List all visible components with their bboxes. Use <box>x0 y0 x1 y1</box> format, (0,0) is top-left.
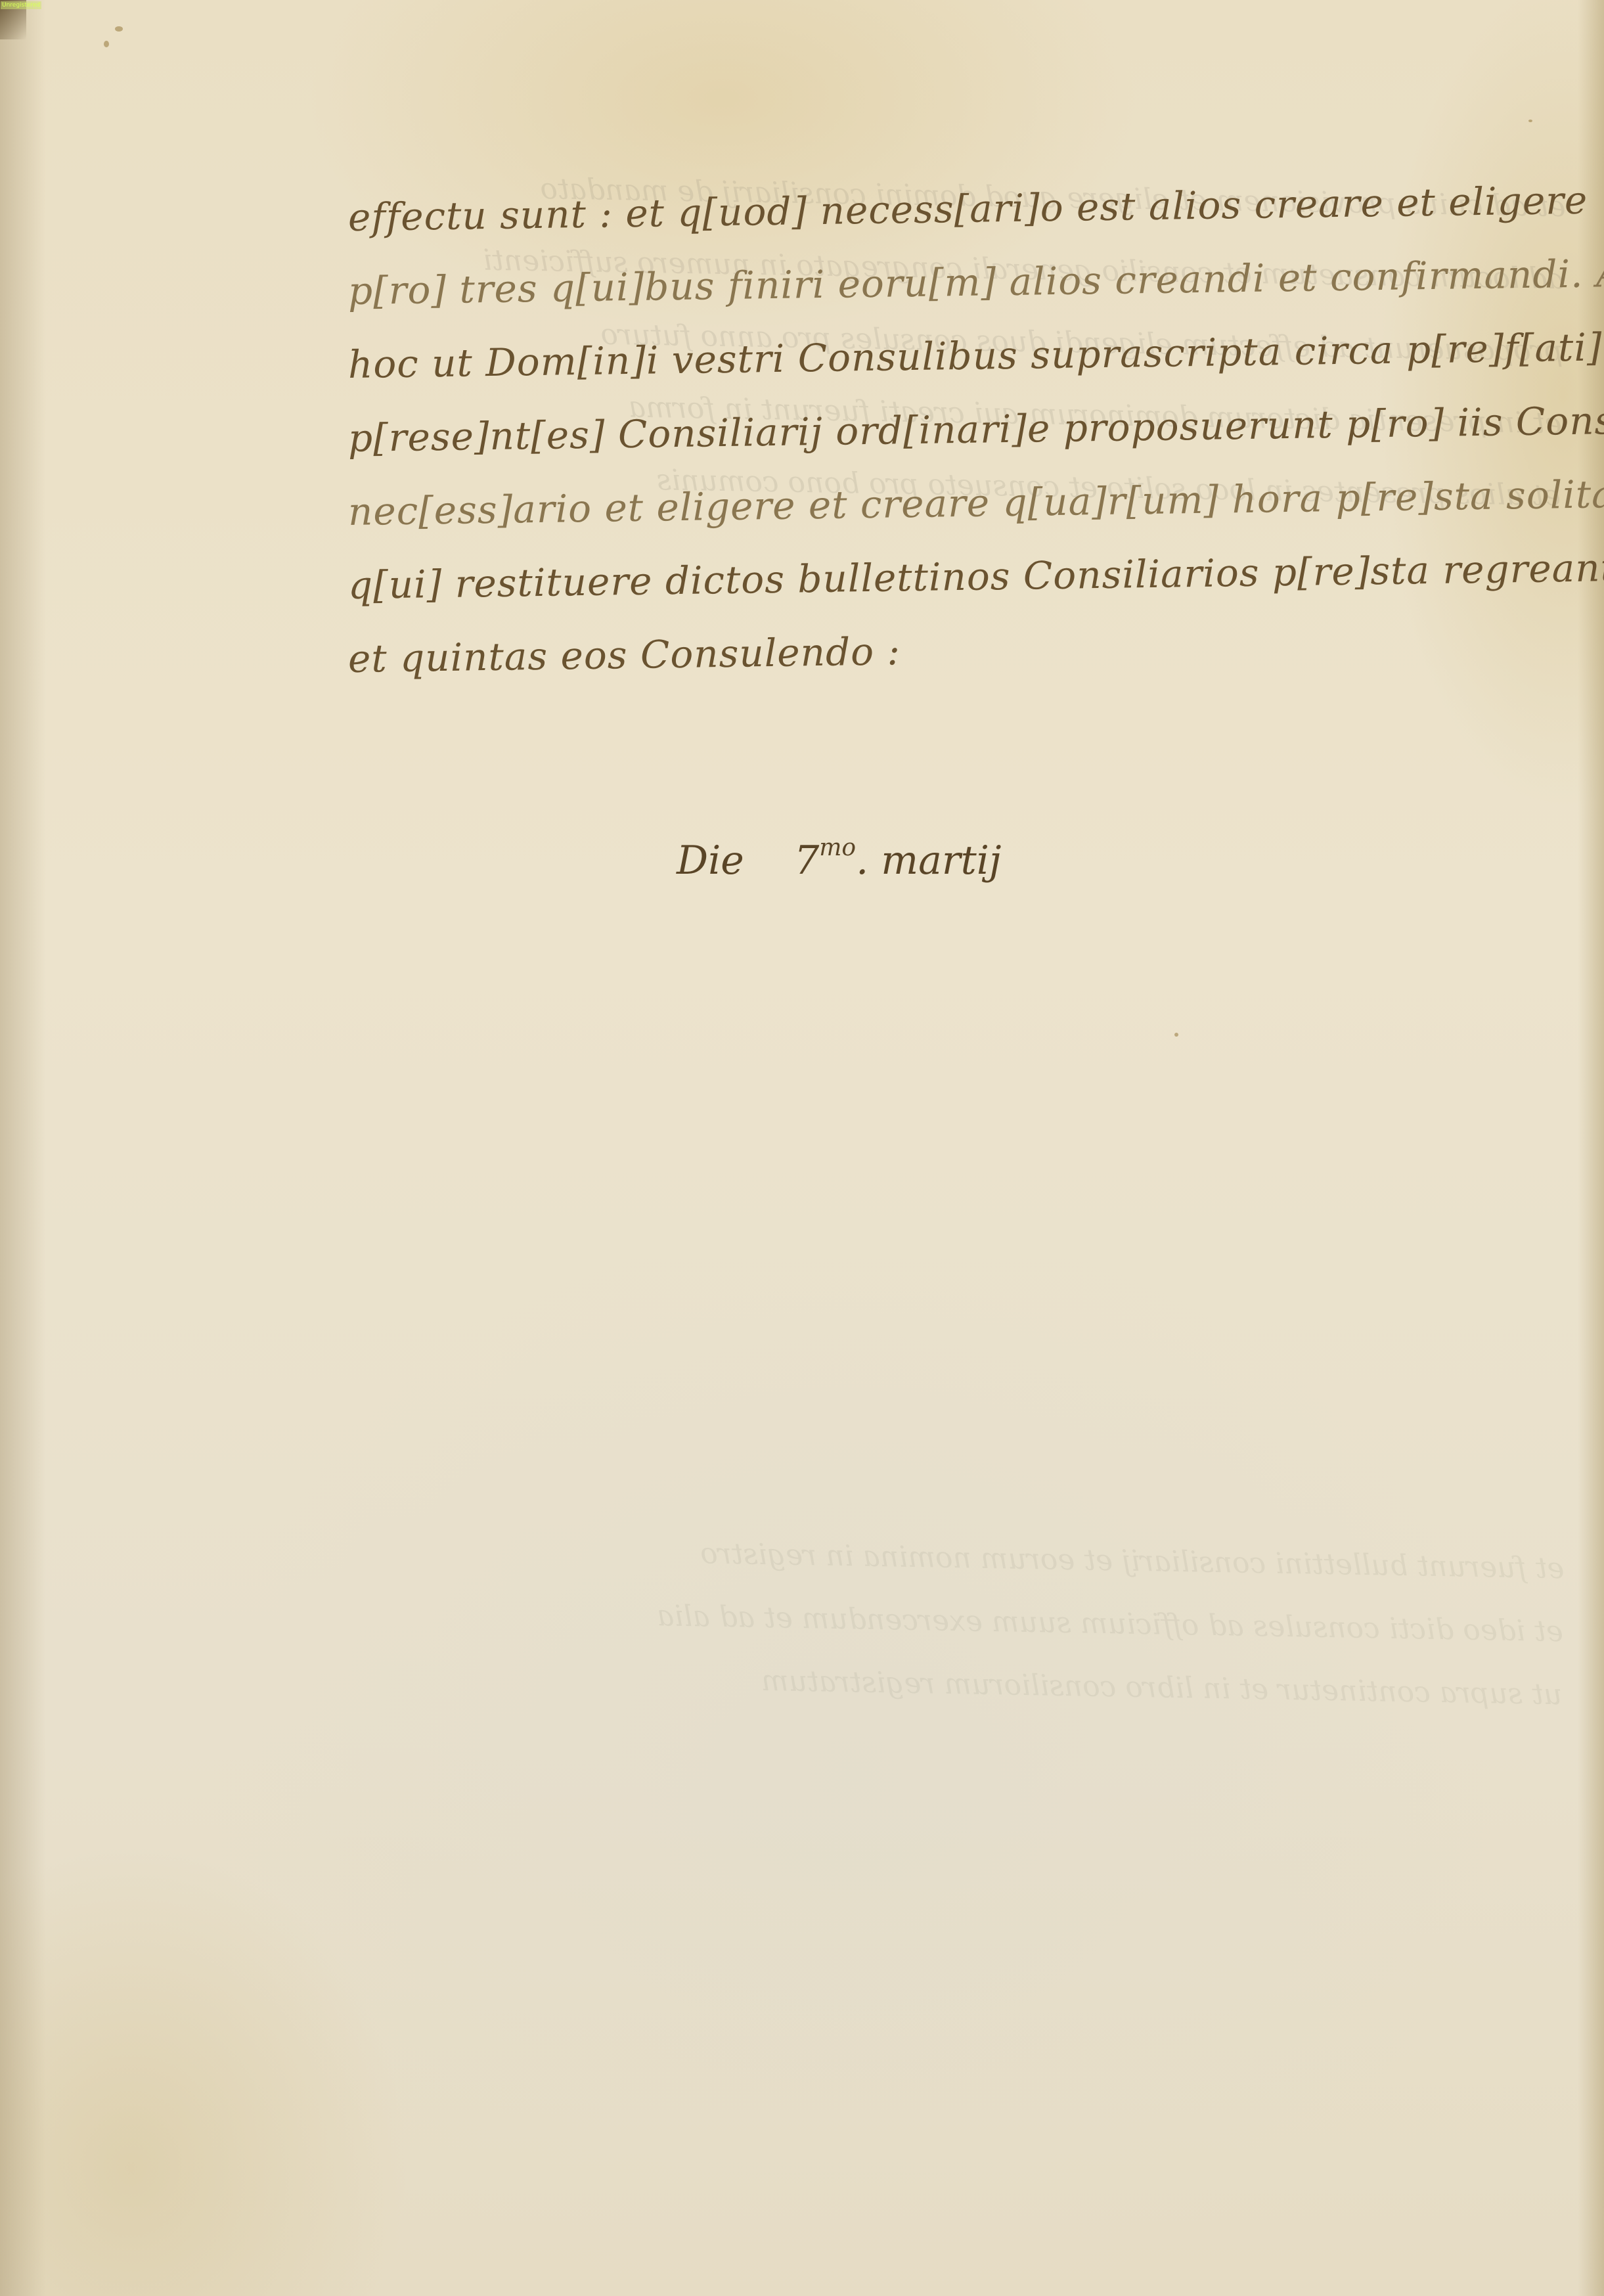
ink-spot <box>104 41 109 47</box>
manuscript-page: Unregistered et ad cuius provisionem et … <box>0 0 1604 2296</box>
ink-spot <box>115 26 123 32</box>
ink-spot <box>1174 1033 1178 1037</box>
date-prefix: Die <box>677 838 744 884</box>
date-day: 7 <box>794 838 819 884</box>
date-day-suffix: mo <box>819 834 856 861</box>
manuscript-text-block: effectu sunt : et q[uod] necess[ari]o es… <box>348 181 1596 696</box>
ink-spot <box>1528 120 1532 122</box>
bleed-through-text-lower: et fuerunt bullettini consiliarij et eor… <box>38 1511 1565 1726</box>
scanner-watermark: Unregistered <box>1 1 41 9</box>
date-month: martij <box>881 838 1001 884</box>
date-heading: Die 7mo. martij <box>677 834 1002 884</box>
